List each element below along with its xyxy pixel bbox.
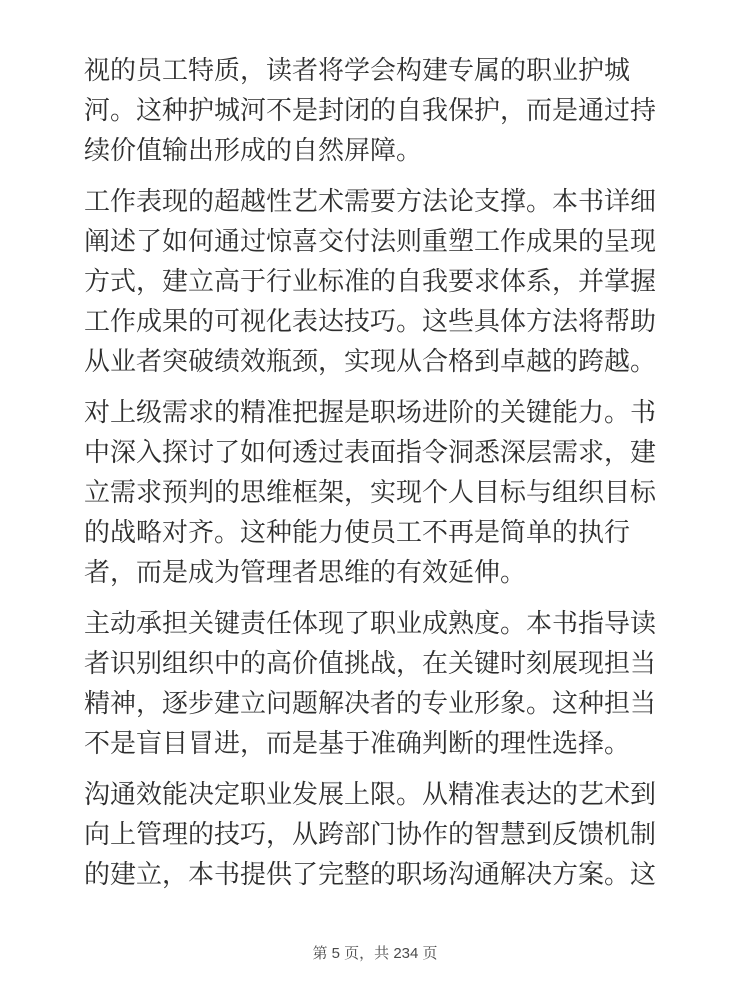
paragraph-5: 沟通效能决定职业发展上限。从精准表达的艺术到向上管理的技巧，从跨部门协作的智慧到… (84, 774, 668, 894)
paragraph-3: 对上级需求的精准把握是职场进阶的关键能力。书中深入探讨了如何透过表面指令洞悉深层… (84, 392, 668, 592)
paragraph-2: 工作表现的超越性艺术需要方法论支撑。本书详细阐述了如何通过惊喜交付法则重塑工作成… (84, 181, 668, 381)
page-body-text: 视的员工特质，读者将学会构建专属的职业护城河。这种护城河不是封闭的自我保护，而是… (84, 50, 668, 905)
page-number-indicator: 第 5 页，共 234 页 (0, 944, 750, 964)
paragraph-4: 主动承担关键责任体现了职业成熟度。本书指导读者识别组织中的高价值挑战，在关键时刻… (84, 603, 668, 763)
paragraph-1: 视的员工特质，读者将学会构建专属的职业护城河。这种护城河不是封闭的自我保护，而是… (84, 50, 668, 170)
document-page: 视的员工特质，读者将学会构建专属的职业护城河。这种护城河不是封闭的自我保护，而是… (0, 0, 750, 1000)
